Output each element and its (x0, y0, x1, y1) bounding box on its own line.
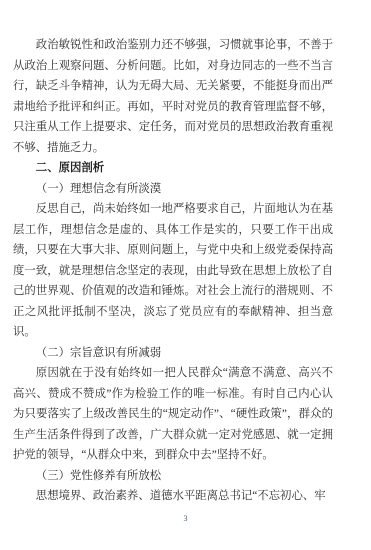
paragraph-political-awareness: 政治敏锐性和政治鉴别力还不够强，习惯就事论事，不善于从政治上观察问题、分析问题。… (13, 35, 333, 158)
document-body: 政治敏锐性和政治鉴别力还不够强，习惯就事论事，不善于从政治上观察问题、分析问题。… (13, 35, 333, 507)
paragraph-party-spirit-cultivation: 思想境界、政治素养、道德水平距离总书记“不忘初心、牢 (13, 486, 333, 507)
page-number: 3 (0, 514, 371, 524)
subheading-party-spirit-cultivation: （三）党性修养有所放松 (13, 466, 333, 487)
paragraph-ideals-and-beliefs: 反思自己，尚未始终如一地严格要求自己，片面地认为在基层工作，理想信念是虚的、具体… (13, 199, 333, 343)
subheading-purpose-awareness: （二）宗旨意识有所减弱 (13, 343, 333, 364)
paragraph-purpose-awareness: 原因就在于没有始终如一把人民群众“满意不满意、高兴不高兴、赞成不赞成”作为检验工… (13, 363, 333, 466)
subheading-ideals-and-beliefs: （一）理想信念有所淡漠 (13, 179, 333, 200)
section-heading-cause-analysis: 二、原因剖析 (13, 158, 333, 179)
document-page: 政治敏锐性和政治鉴别力还不够强，习惯就事论事，不善于从政治上观察问题、分析问题。… (0, 0, 371, 550)
